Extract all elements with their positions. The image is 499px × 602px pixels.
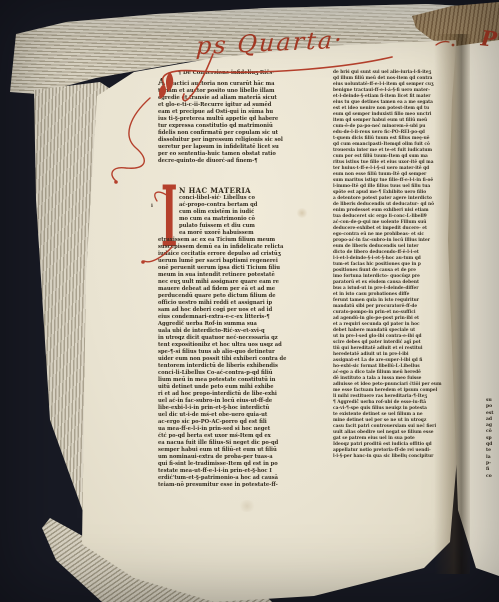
facing-page-sliver: [446, 40, 499, 576]
paper-stain: [238, 500, 256, 512]
left-column-paragraph: A practici auctoria non curarūt hāc ma t…: [158, 80, 294, 165]
left-column-section: N HAC MATERIA conci-libel-sić· Libellus …: [158, 186, 294, 489]
book-photo: ¶ De Conuersione infideliuʒ Ričs· A prac…: [0, 0, 499, 602]
guide-letter: i: [151, 203, 153, 209]
section-body: etraxissem ac ex ea Ticium filium meum s…: [158, 237, 294, 489]
paper-stain: [296, 208, 308, 218]
chapter-heading: ¶ De Conuersione infideliuʒ Ričs·: [158, 70, 294, 77]
facing-page-text-fragments: sū po est ad ag cō sp qd te la p- fi co: [486, 398, 499, 480]
facing-page-marginalia: P: [480, 25, 498, 52]
section-indented-lines: conci-libel-sić· Libellus co ać-propo-co…: [179, 195, 294, 237]
section-incipit: N HAC MATERIA: [179, 186, 294, 195]
right-column: de briś qui sunt sui uel alie-iuria-l-fi…: [333, 70, 447, 460]
